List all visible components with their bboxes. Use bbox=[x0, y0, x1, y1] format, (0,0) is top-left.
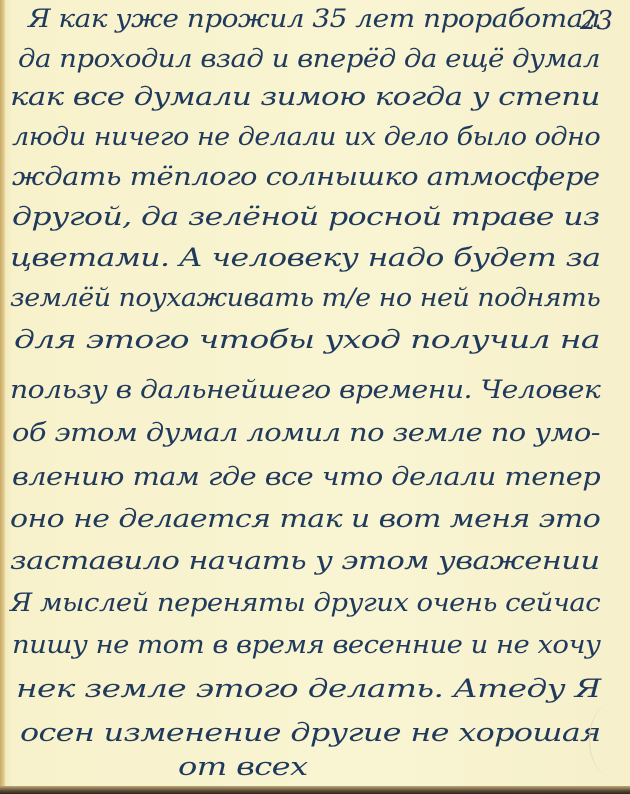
manuscript-line: пишу не тот в время весенние и не хочу bbox=[12, 630, 600, 659]
manuscript-line: об этом думал ломил по земле по умо- bbox=[12, 418, 600, 447]
page-bottom-edge bbox=[0, 786, 630, 794]
manuscript-line: заставило начать у этом уважении bbox=[10, 546, 599, 575]
manuscript-line: землёй поухаживать т/е но ней поднять bbox=[10, 283, 600, 312]
manuscript-line: Я как уже прожил 35 лет проработал bbox=[28, 4, 600, 33]
manuscript-line: да проходил взад и вперёд да ещё думал bbox=[18, 44, 600, 73]
manuscript-line: другой, да зелёной росной траве из bbox=[12, 202, 600, 231]
paper-smudge bbox=[589, 705, 630, 775]
manuscript-page: 23 Я как уже прожил 35 лет проработал да… bbox=[0, 0, 630, 794]
manuscript-line: оно не делается так и вот меня это bbox=[10, 504, 600, 533]
manuscript-line: как все думали зимою когда у степи bbox=[10, 82, 600, 111]
manuscript-line: ждать тёплого солнышко атмосфере bbox=[12, 162, 600, 191]
manuscript-line: влению там где все что делали тепер bbox=[12, 462, 600, 491]
manuscript-line: нек земле этого делать. Атеду Я bbox=[16, 674, 601, 703]
manuscript-line: Я мыслей переняты других очень сейчас bbox=[10, 588, 600, 617]
manuscript-line: осен изменение другие не хорошая bbox=[20, 718, 601, 747]
manuscript-line: люди ничего не делали их дело было одно bbox=[12, 122, 600, 151]
manuscript-line: пользу в дальнейшего времени. Человек bbox=[10, 375, 600, 404]
manuscript-line: для этого чтобы уход получил на bbox=[14, 325, 600, 354]
binding-spine bbox=[0, 0, 5, 794]
manuscript-line: от всех bbox=[178, 752, 308, 781]
manuscript-line: цветами. А человеку надо будет за bbox=[10, 243, 600, 272]
